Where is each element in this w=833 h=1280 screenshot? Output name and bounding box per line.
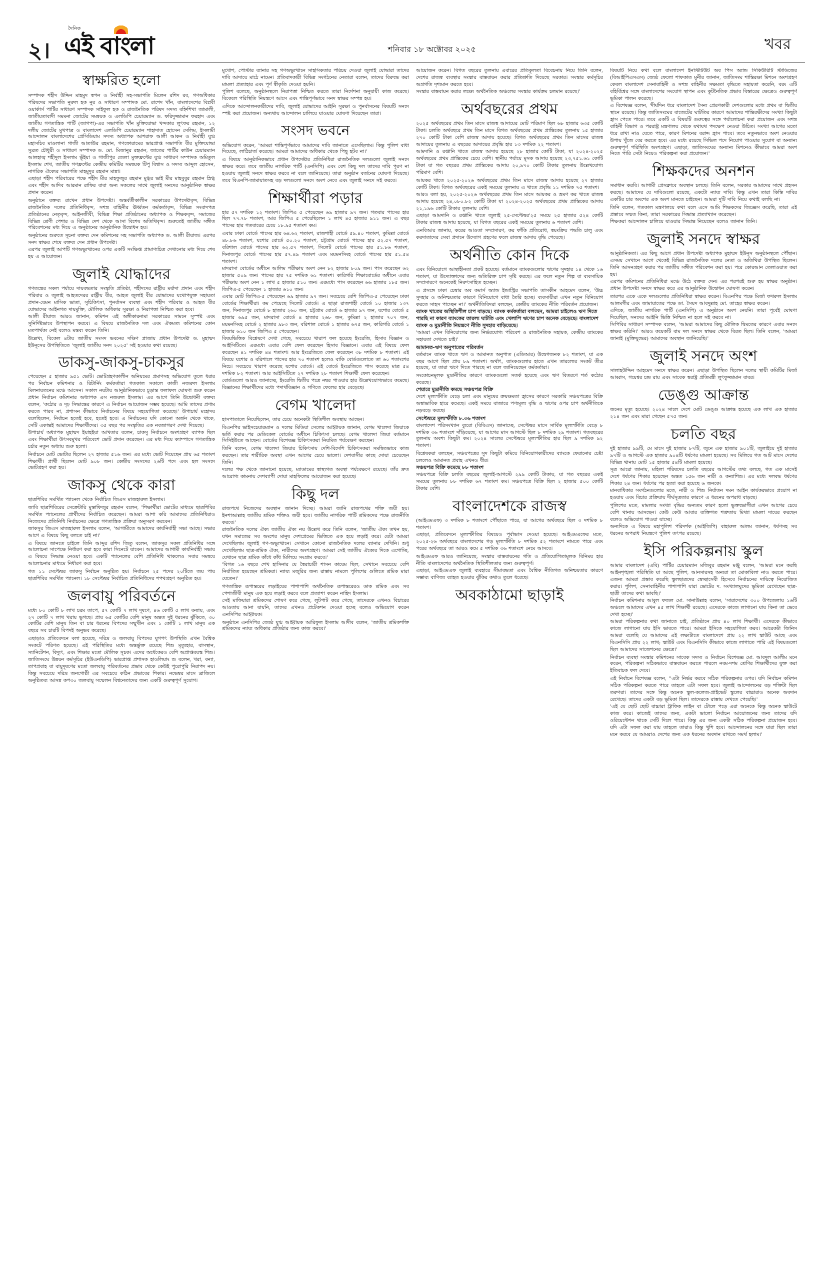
article-paragraph: 'আমরা এখন বিনিয়োগের জন্য নির্ভরযোগ্য পর… xyxy=(416,330,603,344)
article-paragraph: বোর্ডগুলো আরও জানাচ্ছে, ইংরেজি দ্বিতীয় … xyxy=(222,378,409,392)
article-paragraph: হাসপাতালে নিয়েছিলেন, তার চেয়ে অনেকটা স… xyxy=(222,417,409,424)
article-paragraph: জাতিসংঘে উন্নয়ন কর্মসূচির (ইউএনডিপি) ভা… xyxy=(28,657,215,685)
headline: শিক্ষার্থীরা পড়ার xyxy=(222,189,409,207)
article-paragraph: সঞ্চয়পত্রে বিক্রি চলতি বছরের জুলাই-আগস্… xyxy=(416,472,603,493)
article-paragraph: এছাড়া আমদানি ও রপ্তানি খাতে জুলাই ২৫-সে… xyxy=(416,213,603,227)
article-paragraph: এ বিষয়ে আনুষ্ঠানিকভাবে প্রধান উপদেষ্টার… xyxy=(222,157,409,185)
article-paragraph: আমদানি ও রপ্তানি খাতে রাজস্ব আদায় হয়েছ… xyxy=(416,149,603,177)
article-paragraph: সমাধান করবি। আগামী প্রেসক্লাবে অবস্থান চ… xyxy=(610,183,797,204)
article-paragraph: মুখোশ, পোস্টার ব্যানার সহ গণঅভ্যুত্থানে … xyxy=(222,68,409,89)
article-paragraph: পেয়েছেন ৫ হাজার ৯৫১ ভোট। ভোটগ্রহণকালীন … xyxy=(28,374,215,429)
article-paragraph: গণতান্ত্রিক রূপান্তরের লড়াইয়ের পাশাপাশ… xyxy=(222,584,409,598)
article-paragraph: দলের পক্ষ থেকে জানানো হয়েছে, ম্যাডামের … xyxy=(222,467,409,481)
article-paragraph: এনবিআর জানায়, করের আওতা সম্প্রসারণ, কর … xyxy=(416,228,603,242)
article-paragraph: সংকোচনমূলক মুদ্রানীতির কারণে ব্যাংকগুলো … xyxy=(416,373,603,387)
article-paragraph: গণতন্ত্রের সকল পর্যায়ে দায়বদ্ধতার সংস্… xyxy=(28,286,215,314)
article-paragraph: সম্পাদক শহীদ উদ্দিন মাহমুদ স্বপন ও নির্ব… xyxy=(28,93,215,176)
article-paragraph: এছাড়া, আইএমএফ জুলাই ব্যবহারে সীমাবদ্ধতা… xyxy=(416,568,603,582)
headline: জুলাই যোদ্ধাদের xyxy=(28,265,215,283)
article-paragraph: রাজনৈতিক দলের ঐক্য জাতীয় ঐক্য নয় উল্লে… xyxy=(222,527,409,562)
subheading: সেপ্টেম্বরে মূল্যস্ফীতি ৮.৩৬ শতাংশ xyxy=(416,416,603,423)
article-paragraph: 'এই যে ছোট ছোট বাচ্চারা ট্রাফিক লাইন বা … xyxy=(610,704,797,739)
headline: বেগম খালেদা xyxy=(222,396,409,414)
article-paragraph: এছাড়াও প্রতিবেদনে বলা হয়েছে, দরিদ্র ও … xyxy=(28,636,215,657)
article-paragraph: অনুষ্ঠানের শুরুতে সূচনা বক্তব্য দেন কমিশ… xyxy=(28,233,215,247)
logo-wordmark: এই বাংলা xyxy=(64,32,154,60)
headline: জুলাই সনদে অংশ xyxy=(610,347,797,365)
article-paragraph: মানবাধিকার সংগঠনগুলোর মতে, নারী ও শিশু ন… xyxy=(610,488,797,502)
article-paragraph: বিষয়ভিত্তিক বিশ্লেষণে দেখা গেছে, সবচেয়… xyxy=(222,336,409,377)
article-paragraph: আমরা পরিকল্পনার কথা জানাতে চাই, প্রতিষ্ঠ… xyxy=(610,619,797,654)
article-paragraph: এ বিশেষজ্ঞ বলেন, 'দীর্ঘদিন ধরে বাংলাদেশ … xyxy=(610,103,797,158)
article-paragraph: অনুষ্ঠানে বক্তব্য রাখেন প্রধান উপদেষ্টা।… xyxy=(28,198,215,233)
column-4: বিষয়টি নিয়ে কথা বলে বাংলাদেশ ইনস্টিটিউ… xyxy=(610,68,797,1270)
article-paragraph: বিএনপির ভাইসচেয়ারম্যান ও দলের মিডিয়া স… xyxy=(222,425,409,446)
issue-date: শনিবার ১৮ অক্টোবর ২০২৫ xyxy=(388,44,476,57)
article-paragraph: এদিকে আন্দোলনকারীদের দাবি, জুলাই যোদ্ধাদ… xyxy=(222,104,409,118)
article-paragraph: তিনি বলেন, বেগম খালেদা জিয়ার চিকিৎসায় … xyxy=(222,446,409,467)
subheading: আমানত-ঋণ অনুপাতের পরিবর্তন xyxy=(416,345,603,352)
column-3: আয়োজন করেন। বিগত বছরের তুলনায় এবারের প… xyxy=(416,68,603,1270)
headline: চলতি বছর xyxy=(610,425,797,443)
logo-tagline: দৈনিক xyxy=(68,26,81,34)
article-paragraph: জাকসুর জিএস মাজহারুল ইসলাম বলেন, 'আগামীত… xyxy=(28,526,215,540)
article-paragraph: তিনি বলেন, গতকাল মন্ত্রণালয়ে কথা বলে এস… xyxy=(610,205,797,219)
headline: জুলাই সনদে স্বাক্ষর xyxy=(610,230,797,248)
article-paragraph: পুলিশের মতে, মামলার সংখ্যা বৃদ্ধির অন্যত… xyxy=(610,503,797,524)
article-paragraph: এরপর জুলাই আপটি গণঅভ্যুত্থানের ওপর একটি … xyxy=(28,247,215,261)
headline: ডাকসু-জাকসু-চাকসুর xyxy=(28,353,215,371)
article-paragraph: আইএমএফ আরও জানিয়েছে, সংস্কার বাস্তবায়ন… xyxy=(416,554,603,568)
article-paragraph: সূত্র আরো জানায়, মহিলা পরিষদের চলতি বছর… xyxy=(610,467,797,488)
article-paragraph: হার ৫৭ দশমিক ১২ শতাংশ। জিপিএ ৫ পেয়েছেন … xyxy=(222,210,409,231)
article-paragraph: ছাত্রশিবির সমর্থিত প্যানেল থেকে নির্বাচি… xyxy=(28,497,215,504)
article-paragraph: আয়োজন করেন। বিগত বছরের তুলনায় এবারের প… xyxy=(416,68,603,89)
article-paragraph: (আইএমএফ) ৩ দশমিক ৮ শতাংশে পৌঁছাতে পারে, … xyxy=(416,518,603,532)
article-paragraph: নির্বাচন কমিশনার আবুল ফজল মো. সানাউল্লাহ… xyxy=(610,598,797,619)
headline: অর্থনীতি কোন দিকে xyxy=(416,246,603,264)
headline: অবকাঠামো ছাড়াই xyxy=(416,586,603,604)
article-paragraph: এই নির্বাচন বিশেষজ্ঞ বলেন, ''এটা নির্ভর … xyxy=(610,676,797,704)
article-paragraph: রাজপথে নিজেদের অবস্থান জানান দিচ্ছে। আমর… xyxy=(222,506,409,527)
article-paragraph: এবার ঢাকা বোর্ডে পাসের হার ৬৪.৬২ শতাংশ, … xyxy=(222,231,409,266)
article-paragraph: গত ১১ সেপ্টেম্বর জাকসু নির্বাচন অনুষ্ঠিত… xyxy=(28,569,215,583)
headline: অর্থবছরের প্রথম xyxy=(416,100,603,118)
headline: সংসদ ভবনে xyxy=(222,122,409,140)
headline: জাকসু থেকে কারা xyxy=(28,476,215,494)
article-paragraph: এছাড়া, প্রতিবেদনে মূল্যস্ফীতির বিষয়েও … xyxy=(416,532,603,553)
article-paragraph: আরও বলা হয়, ২০২৫-২০২৬ অর্থবছরের প্রথম ত… xyxy=(416,192,603,213)
masthead: ২। দৈনিক এই বাংলা শনিবার ১৮ অক্টোবর ২০২৫ xyxy=(28,30,506,60)
article-paragraph: দুই হাজার ৯৯টি, মে মাসে দুই হাজার ৮৭টি, … xyxy=(610,446,797,467)
article-paragraph: তারপর একে একে দলগুলোর প্রতিনিধিরা স্বাক্… xyxy=(610,294,797,308)
sun-logo-icon xyxy=(114,24,128,34)
article-paragraph: সিপিবির সাধারণ সম্পাদক বলেন, 'আমরা আমাদে… xyxy=(610,322,797,343)
headline: বাংলাদেশকে রাজস্ব xyxy=(416,497,603,515)
article-paragraph: এ প্রসঙ্গে ঢাকা চেম্বার অব কমার্স অ্যান্… xyxy=(416,288,603,309)
article-paragraph: উল্লেখ্য, বিকেল ৪টায় জাতীয় সংসদ ভবনের … xyxy=(28,336,215,350)
headline: শিক্ষকদের অনশন xyxy=(610,162,797,180)
subheading: ব্যাংক খাতের অস্থিতিশীল চাপ বাড়ছে। ব্যা… xyxy=(416,309,603,330)
headline: জলবায়ু পরিবর্তনে xyxy=(28,587,215,605)
article-paragraph: এরপর কমিশনের প্রতিনিধিরা মঞ্চে উঠে বক্তব… xyxy=(610,279,797,293)
article-paragraph: দেশে মূল্যস্ফীতি বেড়ে চলা এবং মানুষের ক… xyxy=(416,394,603,415)
article-paragraph: বিষয়টি নিয়ে কথা বলে বাংলাদেশ ইনস্টিটিউ… xyxy=(610,68,797,103)
article-paragraph: এ বিষয়ে জানতে চাইলে তিনি আব্দুর রশিদ জি… xyxy=(28,541,215,569)
newspaper-logo: দৈনিক এই বাংলা xyxy=(64,30,154,60)
article-paragraph: শিক্ষকরা আন্দোলন চালিয়ে যাওয়ার সিদ্ধান… xyxy=(610,219,797,226)
article-paragraph: এবং বিনিয়োগে আস্থাহীনতা প্রকট হয়েছে। ব… xyxy=(416,267,603,288)
article-paragraph: বাংলাদেশ পরিসংখ্যান ব্যুরো (বিবিএস) জানা… xyxy=(416,423,603,451)
section-label: খবর xyxy=(765,33,791,58)
article-paragraph: আয়কর খাতে ২০২৫-২০২৬ অর্থবছরের প্রথম তিন… xyxy=(416,178,603,192)
article-paragraph: আনুষ্ঠানিকতা। এর কিছু আগে প্রধান উপদেষ্ট… xyxy=(610,251,797,279)
article-paragraph: অন্যদিকে এ বিষয়ে মহাপুলিশ পরিদর্শক (আইজ… xyxy=(610,524,797,538)
headline: স্বাক্ষরিত হলো xyxy=(28,72,215,90)
article-paragraph: সংস্কার বাস্তবায়ন করার লক্ষ্যে অর্থনৈতি… xyxy=(416,89,603,96)
article-paragraph: মধ্যে ৮০ কোটি ৮ লাখ চরম তাপে, ৫৭ কোটি ৭ … xyxy=(28,608,215,636)
article-paragraph: ২০২৫ অর্থবছরের প্রথম তিন মাসে রাজস্ব আদা… xyxy=(416,121,603,149)
article-paragraph: পুলিশ বলেছে, অনুষ্ঠানস্থলে নিরাপত্তা নিশ… xyxy=(222,89,409,103)
article-paragraph: আলী রীয়াজ আরও জানান, কমিশন এই অঙ্গীকারন… xyxy=(28,314,215,335)
article-paragraph: বিশ্লেষকরা বলছেন, সঞ্চয়পত্রের সুদ কিছুট… xyxy=(416,451,603,465)
article-paragraph: নির্বাচনে মোট ভোটার ছিলেন ২৭ হাজার ৫১৬ জ… xyxy=(28,452,215,473)
article-paragraph: জনের মৃত্যু হয়েছে। ২০২৪ সালে দেশে মোট ড… xyxy=(610,407,797,421)
article-paragraph: অনুষ্ঠানে এনসিপির জ্যেষ্ঠ যুগ্ম আহ্বায়ক… xyxy=(222,620,409,634)
column-2: মুখোশ, পোস্টার ব্যানার সহ গণঅভ্যুত্থানে … xyxy=(222,68,409,1270)
article-paragraph: উপাচার্য অধ্যাপক মুহাম্মদ ইয়াহইয়া আখতা… xyxy=(28,430,215,451)
headline: ইসি পরিকল্পনায় স্কুল xyxy=(610,542,797,560)
column-1: স্বাক্ষরিত হলো সম্পাদক শহীদ উদ্দিন মাহমু… xyxy=(28,68,215,1270)
article-paragraph: সেই মাফিয়ারা শ্রমিকদের শোষণ করে গেছে, ল… xyxy=(222,598,409,619)
page-number: ২। xyxy=(28,34,50,71)
header-divider xyxy=(28,62,805,63)
article-paragraph: সালাহউদ্দিন আহমেদ সনদে স্বাক্ষর করেন। এছ… xyxy=(610,368,797,382)
article-paragraph: অভিযোগ করেন, 'আমরা শান্তিপূর্ণভাবে আমাদে… xyxy=(222,143,409,157)
article-paragraph: বর্তমানে ব্যাংক খাতে ঋণ ও আমানত অনুপাত (… xyxy=(416,352,603,373)
headline: ডেঙ্গু আক্রান্ত xyxy=(610,386,797,404)
article-paragraph: 'বিগত ১৬ বছরে শেখ হাসিনার যে স্বৈরাচারী … xyxy=(222,562,409,583)
article-paragraph: এবার মোট জিপিএ-৫ পেয়েছেন ৬৯ হাজার ৯৭ জন… xyxy=(222,294,409,335)
article-paragraph: আমার বাংলাদেশ (এবি) পার্টির চেয়ারম্যান … xyxy=(610,563,797,598)
article-paragraph: জাবি ছাত্রশিবিরের সেক্রেটারি মুস্তাফিজুর… xyxy=(28,505,215,526)
headline: কিছু দল xyxy=(222,485,409,503)
article-paragraph: মাদরাসা বোর্ডের অধীনে আলিম পরীক্ষায় অংশ… xyxy=(222,266,409,294)
article-paragraph: এদিকে, জাতীয় নাগরিক পার্টি (এনসিপি) এ অ… xyxy=(610,308,797,322)
article-paragraph: এছাড়া শহীদ পরিবারের পক্ষে শহীদ মীর মাহফ… xyxy=(28,176,215,197)
article-paragraph: নির্বাচন ব্যবস্থা সংস্কার কমিশনের সাবেক … xyxy=(610,655,797,676)
